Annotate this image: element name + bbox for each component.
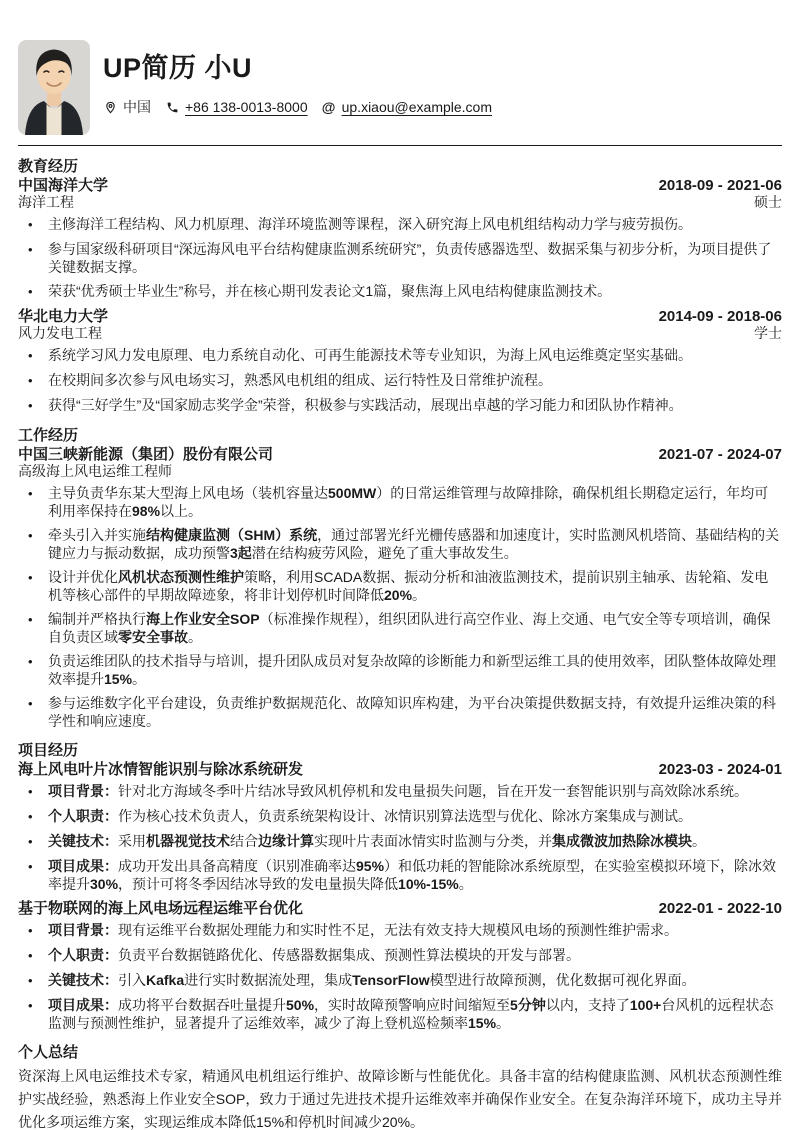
candidate-name: UP简历 小U [103, 51, 492, 85]
project-entry: 基于物联网的海上风电场远程运维平台优化 2022-01 - 2022-10 项目… [18, 900, 782, 1032]
contact-row: 中国 +86 138-0013-8000 @ up.xiaou@example.… [103, 97, 492, 117]
bullet-text: 项目成果：成功开发出具备高精度（识别准确率达95%）和低功耗的智能除冰系统原型，… [48, 857, 782, 893]
bullet-dot [28, 996, 48, 1032]
bullet-item: 关键技术：引入Kafka进行实时数据流处理，集成TensorFlow模型进行故障… [18, 971, 782, 990]
bullet-text: 牵头引入并实施结构健康监测（SHM）系统，通过部署光纤光栅传感器和加速度计，实时… [48, 526, 782, 562]
project-entry-head: 基于物联网的海上风电场远程运维平台优化 2022-01 - 2022-10 [18, 900, 782, 917]
bullet-item: 设计并优化风机状态预测性维护策略，利用SCADA数据、振动分析和油液监测技术，提… [18, 568, 782, 604]
bullet-item: 个人职责：作为核心技术负责人，负责系统架构设计、冰情识别算法选型与优化、除冰方案… [18, 807, 782, 826]
section-work: 工作经历 中国三峡新能源（集团）股份有限公司 2021-07 - 2024-07… [18, 427, 782, 730]
bullet-item: 主修海洋工程结构、风力机原理、海洋环境监测等课程，深入研究海上风电机组结构动力学… [18, 215, 782, 234]
education-bullets: 系统学习风力发电原理、电力系统自动化、可再生能源技术等专业知识，为海上风电运维奠… [18, 346, 782, 415]
bullet-item: 系统学习风力发电原理、电力系统自动化、可再生能源技术等专业知识，为海上风电运维奠… [18, 346, 782, 365]
bullet-text: 关键技术：引入Kafka进行实时数据流处理，集成TensorFlow模型进行故障… [48, 971, 782, 990]
bullet-item: 负责运维团队的技术指导与培训，提升团队成员对复杂故障的诊断能力和新型运维工具的使… [18, 652, 782, 688]
project-name: 基于物联网的海上风电场远程运维平台优化 [18, 900, 303, 917]
project-date: 2023-03 - 2024-01 [659, 761, 782, 778]
bullet-text: 编制并严格执行海上作业安全SOP（标准操作规程），组织团队进行高空作业、海上交通… [48, 610, 782, 646]
school-name: 华北电力大学 [18, 308, 108, 325]
bullet-text: 个人职责：作为核心技术负责人，负责系统架构设计、冰情识别算法选型与优化、除冰方案… [48, 807, 782, 826]
summary-text: 资深海上风电运维技术专家，精通风电机组运行维护、故障诊断与性能优化。具备丰富的结… [18, 1065, 782, 1130]
bullet-dot [28, 215, 48, 234]
job-title: 高级海上风电运维工程师 [18, 463, 172, 480]
work-entry-sub: 高级海上风电运维工程师 [18, 463, 782, 480]
education-section-title: 教育经历 [18, 158, 782, 175]
company-name: 中国三峡新能源（集团）股份有限公司 [18, 446, 273, 463]
bullet-item: 在校期间多次参与风电场实习，熟悉风电机组的组成、运行特性及日常维护流程。 [18, 371, 782, 390]
education-date: 2018-09 - 2021-06 [659, 177, 782, 194]
bullet-item: 编制并严格执行海上作业安全SOP（标准操作规程），组织团队进行高空作业、海上交通… [18, 610, 782, 646]
section-education: 教育经历 中国海洋大学 2018-09 - 2021-06 海洋工程 硕士 主修… [18, 158, 782, 415]
bullet-dot [28, 694, 48, 730]
bullet-text: 系统学习风力发电原理、电力系统自动化、可再生能源技术等专业知识，为海上风电运维奠… [48, 346, 782, 365]
project-bullets: 项目背景：针对北方海域冬季叶片结冰导致风机停机和发电量损失问题，旨在开发一套智能… [18, 782, 782, 893]
bullet-dot [28, 857, 48, 893]
bullet-item: 个人职责：负责平台数据链路优化、传感器数据集成、预测性算法模块的开发与部署。 [18, 946, 782, 965]
bullet-dot [28, 807, 48, 826]
bullet-dot [28, 526, 48, 562]
work-entry: 中国三峡新能源（集团）股份有限公司 2021-07 - 2024-07 高级海上… [18, 446, 782, 730]
education-entry-head: 中国海洋大学 2018-09 - 2021-06 [18, 177, 782, 194]
bullet-text: 参与国家级科研项目“深远海风电平台结构健康监测系统研究”，负责传感器选型、数据采… [48, 240, 782, 276]
education-entry: 华北电力大学 2014-09 - 2018-06 风力发电工程 学士 系统学习风… [18, 308, 782, 415]
work-date: 2021-07 - 2024-07 [659, 446, 782, 463]
header: UP简历 小U 中国 +86 138-0013-8000 @ up.xiao [18, 40, 782, 135]
bullet-item: 项目成果：成功开发出具备高精度（识别准确率达95%）和低功耗的智能除冰系统原型，… [18, 857, 782, 893]
education-date: 2014-09 - 2018-06 [659, 308, 782, 325]
bullet-item: 项目背景：现有运维平台数据处理能力和实时性不足，无法有效支持大规模风电场的预测性… [18, 921, 782, 940]
bullet-dot [28, 782, 48, 801]
header-divider [18, 145, 782, 146]
section-summary: 个人总结 资深海上风电运维技术专家，精通风电机组运行维护、故障诊断与性能优化。具… [18, 1044, 782, 1130]
bullet-text: 关键技术：采用机器视觉技术结合边缘计算实现叶片表面冰情实时监测与分类，并集成微波… [48, 832, 782, 851]
bullet-text: 在校期间多次参与风电场实习，熟悉风电机组的组成、运行特性及日常维护流程。 [48, 371, 782, 390]
bullet-item: 主导负责华东某大型海上风电场（装机容量达500MW）的日常运维管理与故障排除，确… [18, 484, 782, 520]
bullet-text: 荣获“优秀硕士毕业生”称号，并在核心期刊发表论文1篇，聚焦海上风电结构健康监测技… [48, 282, 782, 301]
degree: 硕士 [754, 194, 782, 211]
bullet-text: 负责运维团队的技术指导与培训，提升团队成员对复杂故障的诊断能力和新型运维工具的使… [48, 652, 782, 688]
bullet-text: 主导负责华东某大型海上风电场（装机容量达500MW）的日常运维管理与故障排除，确… [48, 484, 782, 520]
bullet-dot [28, 610, 48, 646]
bullet-dot [28, 371, 48, 390]
bullet-text: 参与运维数字化平台建设，负责维护数据规范化、故障知识库构建，为平台决策提供数据支… [48, 694, 782, 730]
section-projects: 项目经历 海上风电叶片冰情智能识别与除冰系统研发 2023-03 - 2024-… [18, 742, 782, 1032]
bullet-item: 牵头引入并实施结构健康监测（SHM）系统，通过部署光纤光栅传感器和加速度计，实时… [18, 526, 782, 562]
bullet-text: 设计并优化风机状态预测性维护策略，利用SCADA数据、振动分析和油液监测技术，提… [48, 568, 782, 604]
project-entry-head: 海上风电叶片冰情智能识别与除冰系统研发 2023-03 - 2024-01 [18, 761, 782, 778]
summary-section-title: 个人总结 [18, 1044, 782, 1061]
map-pin-icon [103, 100, 117, 114]
bullet-dot [28, 346, 48, 365]
bullet-text: 个人职责：负责平台数据链路优化、传感器数据集成、预测性算法模块的开发与部署。 [48, 946, 782, 965]
bullet-dot [28, 971, 48, 990]
profile-photo [18, 40, 90, 135]
location-text: 中国 [123, 97, 151, 117]
education-entry: 中国海洋大学 2018-09 - 2021-06 海洋工程 硕士 主修海洋工程结… [18, 177, 782, 301]
education-entry-sub: 风力发电工程 学士 [18, 325, 782, 342]
email-link[interactable]: up.xiaou@example.com [342, 99, 492, 115]
degree: 学士 [754, 325, 782, 342]
projects-section-title: 项目经历 [18, 742, 782, 759]
location-item: 中国 [103, 97, 151, 117]
phone-item: +86 138-0013-8000 [165, 99, 308, 115]
work-section-title: 工作经历 [18, 427, 782, 444]
phone-link[interactable]: +86 138-0013-8000 [185, 99, 308, 115]
bullet-item: 参与运维数字化平台建设，负责维护数据规范化、故障知识库构建，为平台决策提供数据支… [18, 694, 782, 730]
header-info: UP简历 小U 中国 +86 138-0013-8000 @ up.xiao [103, 40, 492, 117]
bullet-item: 项目成果：成功将平台数据吞吐量提升50%，实时故障预警响应时间缩短至5分钟以内，… [18, 996, 782, 1032]
bullet-dot [28, 396, 48, 415]
school-name: 中国海洋大学 [18, 177, 108, 194]
work-entry-head: 中国三峡新能源（集团）股份有限公司 2021-07 - 2024-07 [18, 446, 782, 463]
bullet-text: 获得“三好学生”及“国家励志奖学金”荣誉，积极参与实践活动，展现出卓越的学习能力… [48, 396, 782, 415]
bullet-dot [28, 484, 48, 520]
bullet-text: 项目背景：现有运维平台数据处理能力和实时性不足，无法有效支持大规模风电场的预测性… [48, 921, 782, 940]
bullet-dot [28, 568, 48, 604]
bullet-item: 参与国家级科研项目“深远海风电平台结构健康监测系统研究”，负责传感器选型、数据采… [18, 240, 782, 276]
bullet-item: 关键技术：采用机器视觉技术结合边缘计算实现叶片表面冰情实时监测与分类，并集成微波… [18, 832, 782, 851]
bullet-dot [28, 652, 48, 688]
at-icon: @ [322, 100, 336, 114]
bullet-text: 主修海洋工程结构、风力机原理、海洋环境监测等课程，深入研究海上风电机组结构动力学… [48, 215, 782, 234]
project-name: 海上风电叶片冰情智能识别与除冰系统研发 [18, 761, 303, 778]
email-item: @ up.xiaou@example.com [322, 99, 492, 115]
bullet-dot [28, 921, 48, 940]
work-bullets: 主导负责华东某大型海上风电场（装机容量达500MW）的日常运维管理与故障排除，确… [18, 484, 782, 730]
project-entry: 海上风电叶片冰情智能识别与除冰系统研发 2023-03 - 2024-01 项目… [18, 761, 782, 893]
bullet-dot [28, 946, 48, 965]
phone-icon [165, 100, 179, 114]
major: 海洋工程 [18, 194, 74, 211]
resume-page: UP简历 小U 中国 +86 138-0013-8000 @ up.xiao [0, 0, 800, 1130]
education-entry-head: 华北电力大学 2014-09 - 2018-06 [18, 308, 782, 325]
bullet-text: 项目背景：针对北方海域冬季叶片结冰导致风机停机和发电量损失问题，旨在开发一套智能… [48, 782, 782, 801]
bullet-item: 项目背景：针对北方海域冬季叶片结冰导致风机停机和发电量损失问题，旨在开发一套智能… [18, 782, 782, 801]
bullet-text: 项目成果：成功将平台数据吞吐量提升50%，实时故障预警响应时间缩短至5分钟以内，… [48, 996, 782, 1032]
bullet-item: 荣获“优秀硕士毕业生”称号，并在核心期刊发表论文1篇，聚焦海上风电结构健康监测技… [18, 282, 782, 301]
project-bullets: 项目背景：现有运维平台数据处理能力和实时性不足，无法有效支持大规模风电场的预测性… [18, 921, 782, 1032]
bullet-dot [28, 282, 48, 301]
bullet-dot [28, 832, 48, 851]
education-bullets: 主修海洋工程结构、风力机原理、海洋环境监测等课程，深入研究海上风电机组结构动力学… [18, 215, 782, 301]
project-date: 2022-01 - 2022-10 [659, 900, 782, 917]
bullet-dot [28, 240, 48, 276]
bullet-item: 获得“三好学生”及“国家励志奖学金”荣誉，积极参与实践活动，展现出卓越的学习能力… [18, 396, 782, 415]
education-entry-sub: 海洋工程 硕士 [18, 194, 782, 211]
major: 风力发电工程 [18, 325, 102, 342]
